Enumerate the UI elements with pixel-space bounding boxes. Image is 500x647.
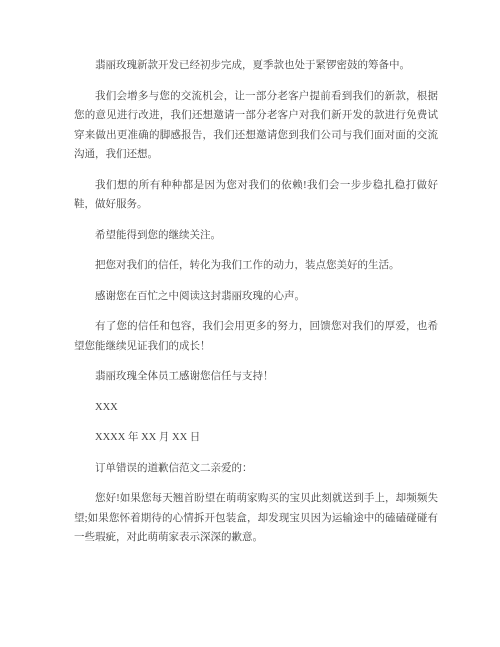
paragraph-product-update: 翡丽玫瑰新款开发已经初步完成，夏季款也处于紧锣密鼓的筹备中。 bbox=[74, 56, 438, 76]
paragraph-trust-growth: 有了您的信任和包容，我们会用更多的努力，回馈您对我们的厚爱，也希望您能继续见证我… bbox=[74, 317, 438, 356]
signature-date: XXXX 年 XX 月 XX 日 bbox=[74, 428, 438, 448]
paragraph-commitment: 我们想的所有种种都是因为您对我们的依赖!我们会一步步稳扎稳打做好鞋，做好服务。 bbox=[74, 176, 438, 215]
letter2-heading: 订单错误的道歉信范文二亲爱的： bbox=[74, 459, 438, 479]
paragraph-customer-communication: 我们会增多与您的交流机会，让一部分老客户提前看到我们的新款，根据您的意见进行改进… bbox=[74, 87, 438, 165]
paragraph-attention-request: 希望能得到您的继续关注。 bbox=[74, 226, 438, 246]
paragraph-staff-thanks: 翡丽玫瑰全体员工感谢您信任与支持！ bbox=[74, 367, 438, 387]
letter2-opening: 您好!如果您每天翘首盼望在萌萌家购买的宝贝此刻就送到手上，却频频失望;如果您怀着… bbox=[74, 489, 438, 548]
paragraph-trust-motivation: 把您对我们的信任，转化为我们工作的动力，装点您美好的生活。 bbox=[74, 256, 438, 276]
signature-name: XXX bbox=[74, 398, 438, 418]
paragraph-thanks-reading: 感谢您在百忙之中阅读这封翡丽玫瑰的心声。 bbox=[74, 287, 438, 307]
document-page: 翡丽玫瑰新款开发已经初步完成，夏季款也处于紧锣密鼓的筹备中。 我们会增多与您的交… bbox=[0, 0, 500, 647]
